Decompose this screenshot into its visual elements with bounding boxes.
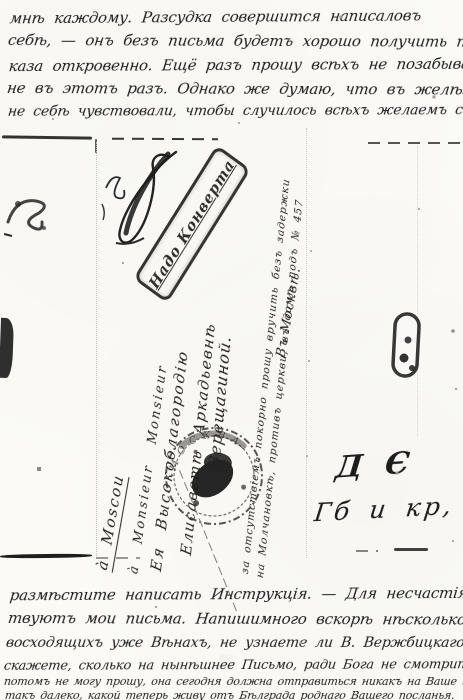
- docket-initials: Д Є: [334, 445, 417, 485]
- envelope-top-edge: [2, 135, 92, 139]
- envelope-bottom-edge: [394, 548, 428, 551]
- postmark-stamp: МОСКВА: [160, 414, 268, 546]
- envelope-top-edge: [368, 142, 462, 144]
- envelope-bottom-edge: [0, 554, 92, 559]
- manuscript-line: восходящихъ уже Вѣнахъ, не узнаете ли В.…: [5, 635, 463, 651]
- manuscript-line: себѣ, — онъ безъ письма будетъ хорошо по…: [7, 31, 463, 51]
- manuscript-line: твуютъ мои письма. Напишимного вскорѣ нѣ…: [7, 609, 463, 629]
- docket-note: Гб и кр, /: [313, 490, 463, 528]
- ink-blot-left-edge: [0, 318, 14, 378]
- manuscript-line: не въ этотъ разъ. Однако же думаю, что в…: [6, 79, 463, 99]
- ink-scribble-left: [4, 190, 54, 240]
- envelope-top-edge: [112, 138, 218, 141]
- manuscript-line: размѣстите написать Инструкція. — Для не…: [9, 584, 463, 605]
- manuscript-line: потомъ не могу прошу, она сегодня должна…: [3, 675, 463, 688]
- manuscript-line: скажете, сколько на нынѣшнее Письмо, рад…: [3, 657, 463, 674]
- scan-noise-specks: [0, 0, 2, 2]
- fold-line: [306, 128, 307, 558]
- envelope-bottom-edge: [356, 550, 378, 552]
- ink-blot-right: [390, 310, 424, 382]
- fold-line: [417, 146, 418, 436]
- scanned-letter-page: мнѣ каждому. Разсудка совершится написал…: [0, 0, 463, 700]
- manuscript-line: мнѣ каждому. Разсудка совершится написал…: [9, 7, 422, 28]
- manuscript-line: такъ далеко, какой теперь живу отъ Бѣлгр…: [4, 689, 455, 700]
- manuscript-line: не себѣ чувствовали, чтобы случилось всѣ…: [7, 102, 463, 120]
- manuscript-line: каза откровенно. Ещё разъ прошу всѣхъ не…: [8, 55, 463, 76]
